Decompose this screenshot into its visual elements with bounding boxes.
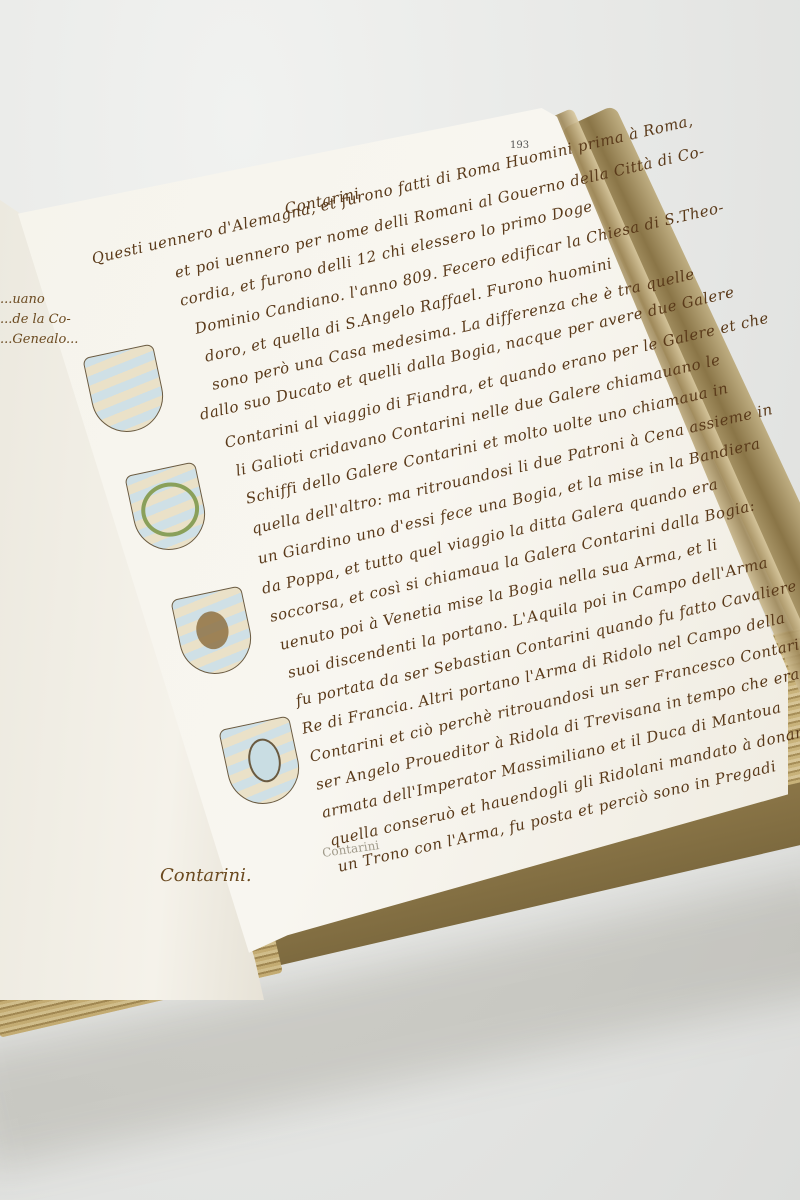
margin-note: ...uano	[0, 290, 78, 310]
margin-note: ...Genealo...	[0, 330, 78, 350]
left-margin-notes: ...uano ...de la Co- ...Genealo...	[0, 290, 78, 350]
margin-note: ...de la Co-	[0, 310, 78, 330]
signature: Contarini.	[160, 865, 252, 886]
